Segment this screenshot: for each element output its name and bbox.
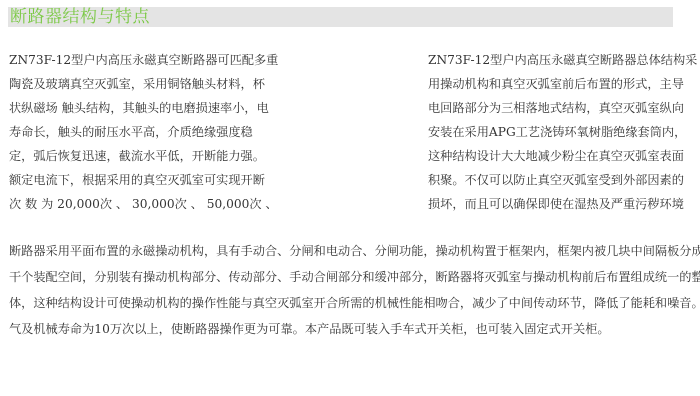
text-line: 积聚。不仅可以防止真空灭弧室受到外部因素的 <box>428 168 683 192</box>
text-line: 体，这种结构设计可使操动机构的操作性能与真空灭弧室开合所需的机械性能相吻合，减少… <box>9 290 691 316</box>
text-line: 安装在采用APG工艺浇铸环氧树脂绝缘套筒内， <box>428 120 683 144</box>
text-line: 这种结构设计大大地减少粉尘在真空灭弧室表面 <box>428 144 683 168</box>
text-line: 寿命长，触头的耐压水平高，介质绝缘强度稳 <box>9 120 264 144</box>
section-title: 断路器结构与特点 <box>10 6 150 28</box>
text-line: 额定电流下，根据采用的真空灭弧室可实现开断 <box>9 168 264 192</box>
bottom-paragraph: 断路器采用平面布置的永磁操动机构，具有手动合、分闸和电动合、分闸功能，操动机构置… <box>9 238 691 342</box>
section-title-bar: 断路器结构与特点 <box>8 7 673 27</box>
text-line: 定，弧后恢复迅速，截流水平低，开断能力强。 <box>9 144 264 168</box>
text-line: 用操动机构和真空灭弧室前后布置的形式，主导 <box>428 72 683 96</box>
left-column-paragraph: ZN73F-12型户内高压永磁真空断路器可匹配多重 陶瓷及玻璃真空灭弧室，采用铜… <box>9 48 264 216</box>
text-line: 断路器采用平面布置的永磁操动机构，具有手动合、分闸和电动合、分闸功能，操动机构置… <box>9 238 691 264</box>
right-column-paragraph: ZN73F-12型户内高压永磁真空断路器总体结构采 用操动机构和真空灭弧室前后布… <box>428 48 683 216</box>
text-line: 干个装配空间，分别装有操动机构部分、传动部分、手动合闸部分和缓冲部分，断路器将灭… <box>9 264 691 290</box>
text-line: 次 数 为 20,000次 、 30,000次 、 50,000次 、 <box>9 192 264 216</box>
text-line: ZN73F-12型户内高压永磁真空断路器总体结构采 <box>428 48 683 72</box>
text-line: 陶瓷及玻璃真空灭弧室，采用铜铬触头材料，杯 <box>9 72 264 96</box>
text-line: 气及机械寿命为10万次以上，使断路器操作更为可靠。本产品既可装入手车式开关柜，也… <box>9 316 691 342</box>
text-line: 损坏，而且可以确保即使在湿热及严重污秽环境 <box>428 192 683 216</box>
text-line: ZN73F-12型户内高压永磁真空断路器可匹配多重 <box>9 48 264 72</box>
text-line: 电回路部分为三相落地式结构，真空灭弧室纵向 <box>428 96 683 120</box>
text-line: 状纵磁场 触头结构，其触头的电磨损速率小，电 <box>9 96 264 120</box>
